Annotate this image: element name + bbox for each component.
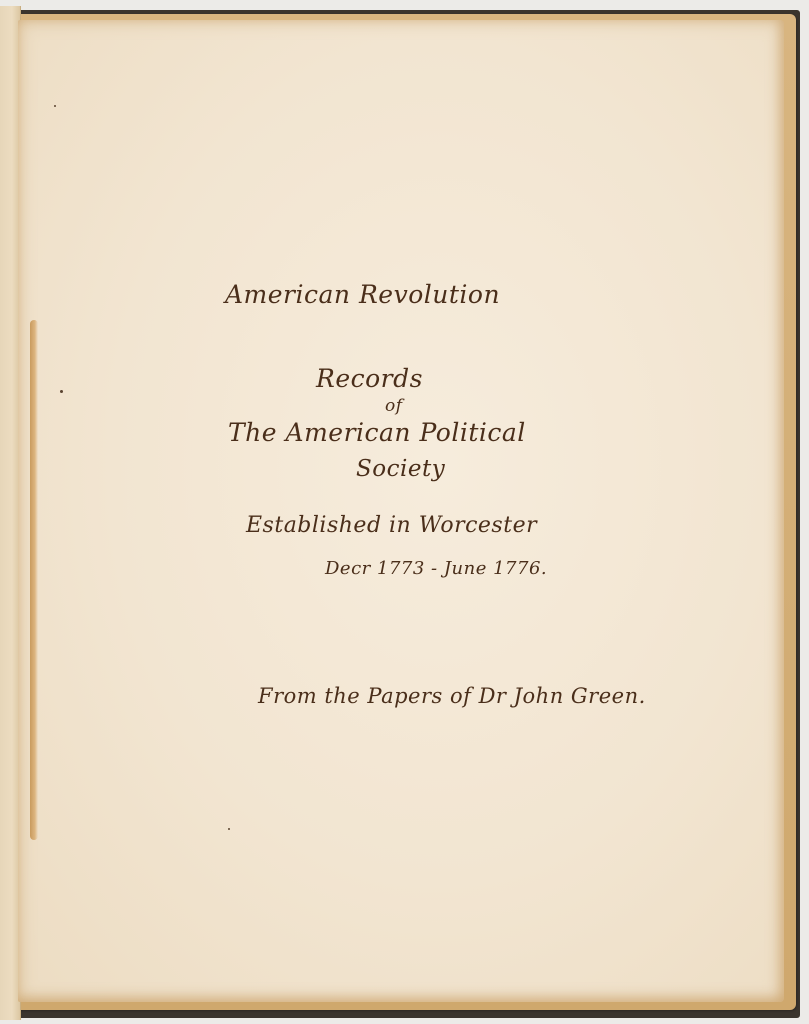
gutter-stain — [30, 320, 38, 840]
society-name-line: The American Political — [228, 418, 526, 447]
provenance-line: From the Papers of Dr John Green. — [258, 684, 646, 708]
records-heading: Records — [316, 364, 423, 393]
title-page — [18, 20, 784, 1002]
of-line: of — [385, 396, 403, 416]
established-line: Established in Worcester — [246, 513, 537, 538]
ink-speck — [228, 828, 230, 830]
book-photo: American Revolution Records of The Ameri… — [0, 0, 809, 1024]
manuscript-title: American Revolution — [225, 280, 500, 309]
society-word-line: Society — [356, 456, 445, 482]
ink-speck — [54, 105, 56, 107]
date-range: Decr 1773 - June 1776. — [325, 558, 547, 579]
ink-speck — [60, 390, 63, 393]
